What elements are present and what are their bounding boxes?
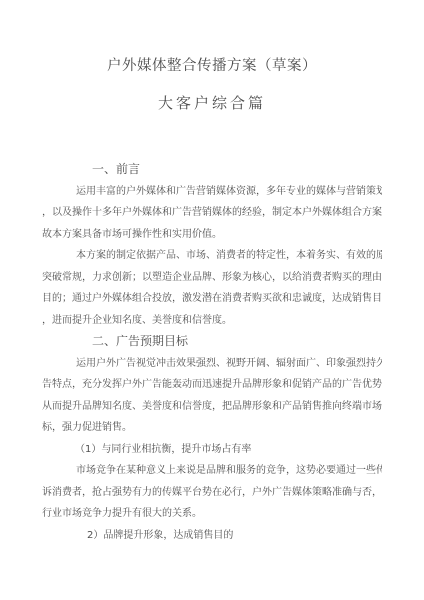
paragraph-line: 运用丰富的户外媒体和广告营销媒体资源，多年专业的媒体与营销策划团队 bbox=[42, 181, 382, 203]
paragraph-line: ，进而提升企业知名度、美誉度和信誉度。 bbox=[42, 310, 382, 332]
paragraph-line: 诉消费者，抢占强势有力的传媒平台势在必行，户外广告媒体策略准确与否，与 bbox=[42, 482, 382, 504]
paragraph-line: 市场竞争在某种意义上来说是品牌和服务的竞争，这势必要通过一些传媒告 bbox=[42, 460, 382, 482]
paragraph: 运用丰富的户外媒体和广告营销媒体资源，多年专业的媒体与营销策划团队 ，以及操作十… bbox=[42, 181, 382, 246]
paragraph: 本方案的制定依据产品、市场、消费者的特定性，本着务实、有效的原则， 突破常规，力… bbox=[42, 245, 382, 331]
paragraph-line: 标，强力促进销售。 bbox=[42, 417, 382, 439]
paragraph-line: 行业市场竞争力提升有很大的关系。 bbox=[42, 503, 382, 525]
page-subtitle: 大客户综合篇 bbox=[0, 93, 424, 113]
paragraph-line: 目的；通过户外媒体组合投放，激发潜在消费者购买欲和忠诚度，达成销售目标 bbox=[42, 288, 382, 310]
paragraph-line: 突破常规，力求创新；以塑造企业品牌、形象为核心，以给消费者购买的理由为 bbox=[42, 267, 382, 289]
list-item-1: （1）与同行业相抗衡，提升市场占有率 bbox=[42, 439, 382, 461]
paragraph: 运用户外广告视觉冲击效果强烈、视野开阔、辐射面广、印象强烈持久等广 告特点，充分… bbox=[42, 353, 382, 439]
document-page: 户外媒体整合传播方案（草案） 大客户综合篇 一、前言 运用丰富的户外媒体和广告营… bbox=[0, 0, 424, 600]
section-heading-2: 二、广告预期目标 bbox=[42, 331, 382, 353]
paragraph-line: 故本方案具备市场可操作性和实用价值。 bbox=[42, 224, 382, 246]
paragraph: 市场竞争在某种意义上来说是品牌和服务的竞争，这势必要通过一些传媒告 诉消费者，抢… bbox=[42, 460, 382, 525]
paragraph-line: 告特点，充分发挥户外广告能轰动而迅速提升品牌形象和促销产品的广告优势， bbox=[42, 374, 382, 396]
paragraph-line: 运用户外广告视觉冲击效果强烈、视野开阔、辐射面广、印象强烈持久等广 bbox=[42, 353, 382, 375]
document-body: 一、前言 运用丰富的户外媒体和广告营销媒体资源，多年专业的媒体与营销策划团队 ，… bbox=[42, 159, 382, 546]
page-title: 户外媒体整合传播方案（草案） bbox=[0, 0, 424, 76]
paragraph-line: 本方案的制定依据产品、市场、消费者的特定性，本着务实、有效的原则， bbox=[42, 245, 382, 267]
section-heading-1: 一、前言 bbox=[42, 159, 382, 181]
paragraph-line: ，以及操作十多年户外媒体和广告营销媒体的经验，制定本户外媒体组合方案— bbox=[42, 202, 382, 224]
list-item-2: 2）品牌提升形象，达成销售目的 bbox=[42, 525, 382, 547]
paragraph-line: 从而提升品牌知名度、美誉度和信誉度，把品牌形象和产品销售推向终端市场目 bbox=[42, 396, 382, 418]
